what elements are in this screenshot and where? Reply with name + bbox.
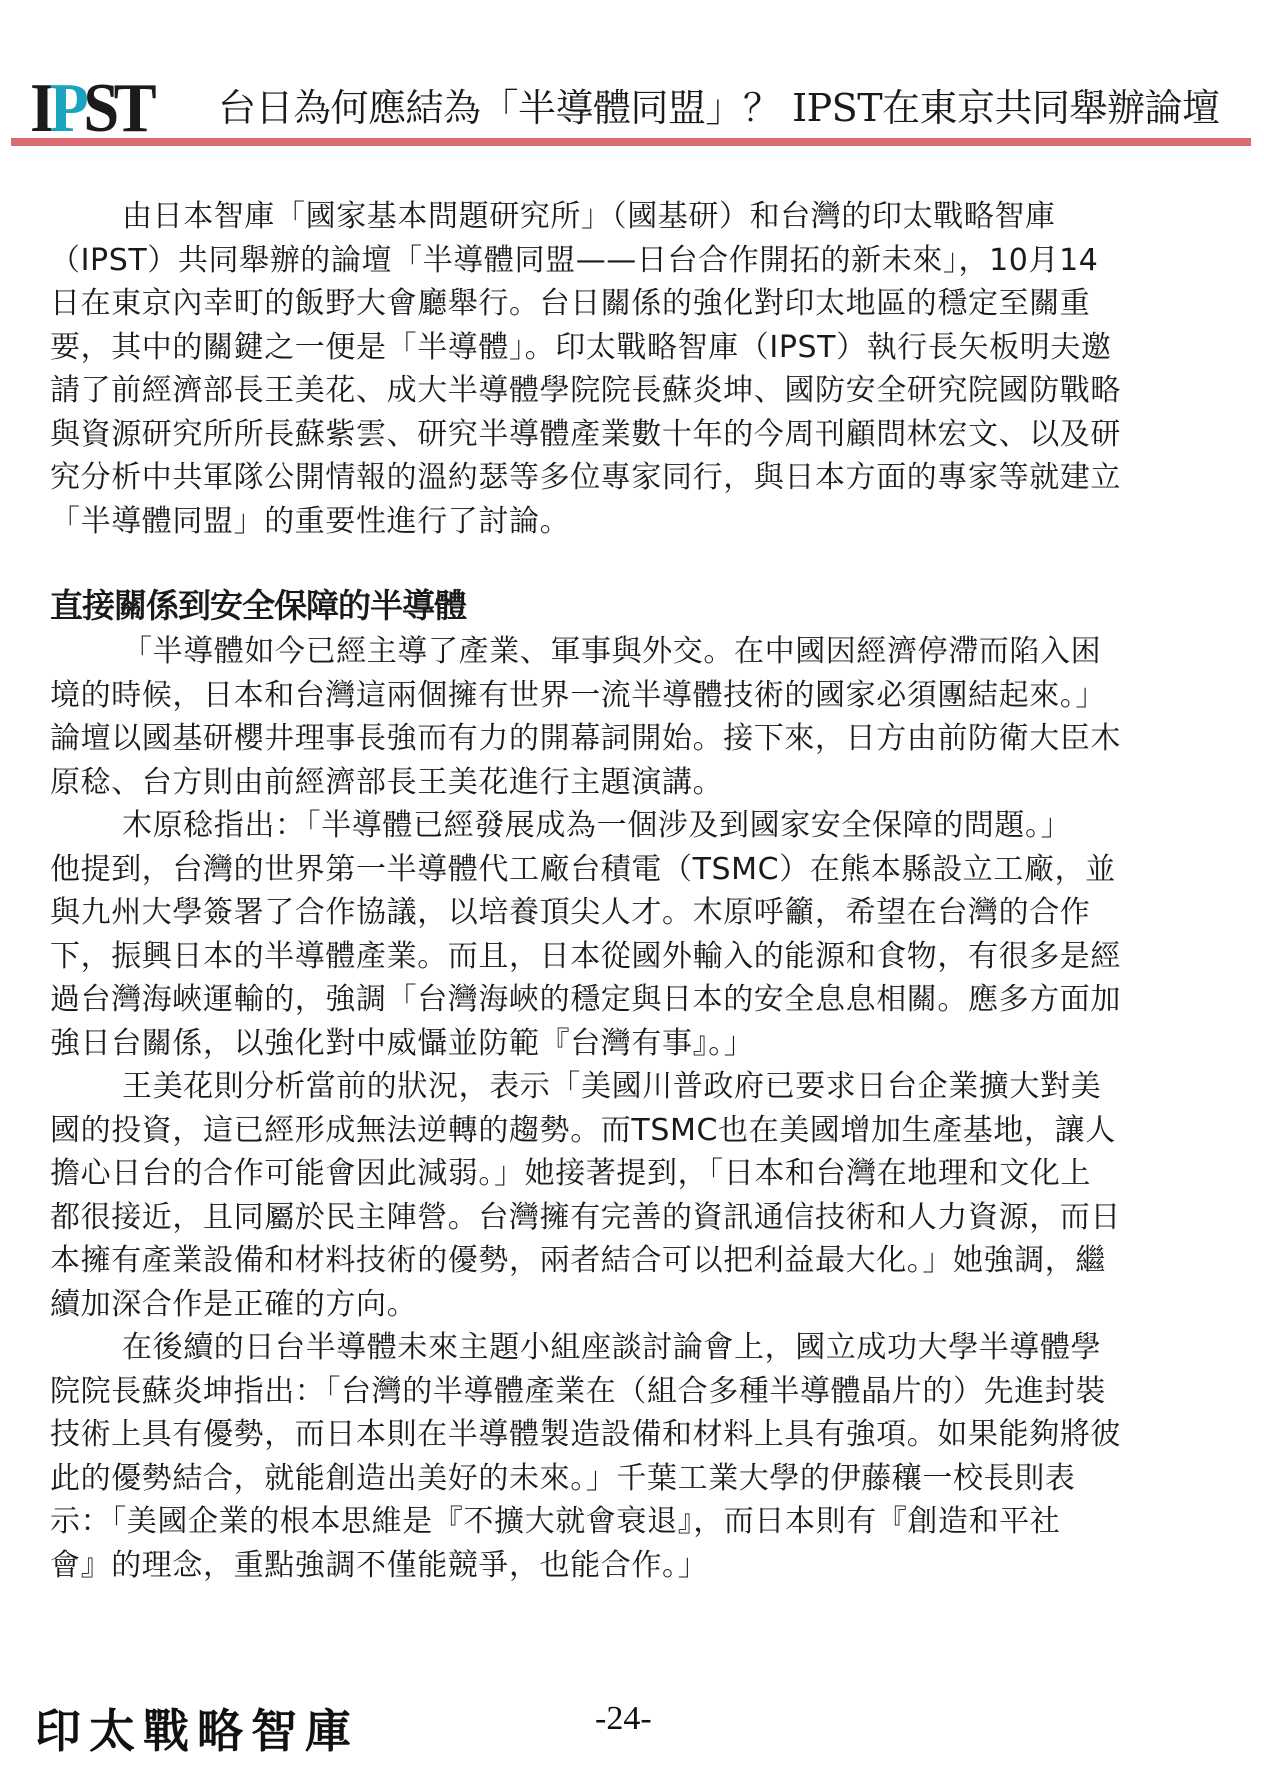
text-line: 與九州大學簽署了合作協議，以培養頂尖人才。木原呼籲，希望在台灣的合作: [50, 891, 1225, 935]
text-line: 續加深合作是正確的方向。: [50, 1283, 1225, 1327]
text-line: 原稔、台方則由前經濟部長王美花進行主題演講。: [50, 761, 1225, 805]
ipst-logo: IPST: [30, 74, 151, 144]
text-line: （IPST）共同舉辦的論壇「半導體同盟——日台合作開拓的新未來」，10月14: [50, 239, 1225, 283]
page-number: -24-: [595, 1700, 652, 1738]
text-line: 過台灣海峽運輸的，強調「台灣海峽的穩定與日本的安全息息相關。應多方面加: [50, 978, 1225, 1022]
text-line: 究分析中共軍隊公開情報的溫約瑟等多位專家同行，與日本方面的專家等就建立: [50, 456, 1225, 500]
paragraph-3: 王美花則分析當前的狀況，表示「美國川普政府已要求日台企業擴大對美 國的投資，這已…: [50, 1065, 1225, 1326]
text-line: 他提到，台灣的世界第一半導體代工廠台積電（TSMC）在熊本縣設立工廠，並: [50, 848, 1225, 892]
text-line: 下，振興日本的半導體產業。而且，日本從國外輸入的能源和食物，有很多是經: [50, 935, 1225, 979]
text-line: 要，其中的關鍵之一便是「半導體」。印太戰略智庫（IPST）執行長矢板明夫邀: [50, 326, 1225, 370]
footer-brand: 印太戰略智庫: [35, 1695, 359, 1761]
text-line: 境的時候，日本和台灣這兩個擁有世界一流半導體技術的國家必須團結起來。」: [50, 674, 1225, 718]
paragraph-1: 「半導體如今已經主導了產業、軍事與外交。在中國因經濟停滯而陷入困 境的時候，日本…: [50, 630, 1225, 804]
text-line: 王美花則分析當前的狀況，表示「美國川普政府已要求日台企業擴大對美: [50, 1065, 1225, 1109]
text-line: 院院長蘇炎坤指出：「台灣的半導體產業在（組合多種半導體晶片的）先進封裝: [50, 1370, 1225, 1414]
text-line: 在後續的日台半導體未來主題小組座談討論會上，國立成功大學半導體學: [50, 1326, 1225, 1370]
paragraph-2: 木原稔指出：「半導體已經發展成為一個涉及到國家安全保障的問題。」 他提到，台灣的…: [50, 804, 1225, 1065]
text-line: 與資源研究所所長蘇紫雲、研究半導體產業數十年的今周刊顧問林宏文、以及研: [50, 413, 1225, 457]
text-line: 本擁有產業設備和材料技術的優勢，兩者結合可以把利益最大化。」她強調，繼: [50, 1239, 1225, 1283]
text-line: 請了前經濟部長王美花、成大半導體學院院長蘇炎坤、國防安全研究院國防戰略: [50, 369, 1225, 413]
logo-letters-st: ST: [83, 70, 151, 147]
logo-letter-p: P: [50, 70, 84, 147]
text-line: 會』的理念，重點強調不僅能競爭，也能合作。」: [50, 1544, 1225, 1588]
text-line: 擔心日台的合作可能會因此減弱。」她接著提到，「日本和台灣在地理和文化上: [50, 1152, 1225, 1196]
text-line: 「半導體如今已經主導了產業、軍事與外交。在中國因經濟停滯而陷入困: [50, 630, 1225, 674]
text-line: 由日本智庫「國家基本問題研究所」（國基研）和台灣的印太戰略智庫: [50, 195, 1225, 239]
header-divider: [11, 138, 1251, 146]
paragraph-4: 在後續的日台半導體未來主題小組座談討論會上，國立成功大學半導體學 院院長蘇炎坤指…: [50, 1326, 1225, 1587]
text-line: 國的投資，這已經形成無法逆轉的趨勢。而TSMC也在美國增加生產基地，讓人: [50, 1109, 1225, 1153]
page-header: IPST 台日為何應結為「半導體同盟」？ IPST在東京共同舉辦論壇: [0, 0, 1264, 150]
section-heading: 直接關係到安全保障的半導體: [50, 582, 1225, 630]
article-body: 由日本智庫「國家基本問題研究所」（國基研）和台灣的印太戰略智庫 （IPST）共同…: [50, 195, 1225, 1587]
article-title: 台日為何應結為「半導體同盟」？ IPST在東京共同舉辦論壇: [218, 84, 1220, 132]
text-line: 木原稔指出：「半導體已經發展成為一個涉及到國家安全保障的問題。」: [50, 804, 1225, 848]
text-line: 都很接近，且同屬於民主陣營。台灣擁有完善的資訊通信技術和人力資源，而日: [50, 1196, 1225, 1240]
text-line: 技術上具有優勢，而日本則在半導體製造設備和材料上具有強項。如果能夠將彼: [50, 1413, 1225, 1457]
text-line: 強日台關係，以強化對中威懾並防範『台灣有事』。」: [50, 1022, 1225, 1066]
text-line: 示：「美國企業的根本思維是『不擴大就會衰退』，而日本則有『創造和平社: [50, 1500, 1225, 1544]
intro-paragraph: 由日本智庫「國家基本問題研究所」（國基研）和台灣的印太戰略智庫 （IPST）共同…: [50, 195, 1225, 543]
text-line: 此的優勢結合，就能創造出美好的未來。」千葉工業大學的伊藤穰一校長則表: [50, 1457, 1225, 1501]
logo-letter-i: I: [30, 70, 50, 147]
text-line: 日在東京內幸町的飯野大會廳舉行。台日關係的強化對印太地區的穩定至關重: [50, 282, 1225, 326]
text-line: 「半導體同盟」的重要性進行了討論。: [50, 500, 1225, 544]
text-line: 論壇以國基研櫻井理事長強而有力的開幕詞開始。接下來，日方由前防衛大臣木: [50, 717, 1225, 761]
